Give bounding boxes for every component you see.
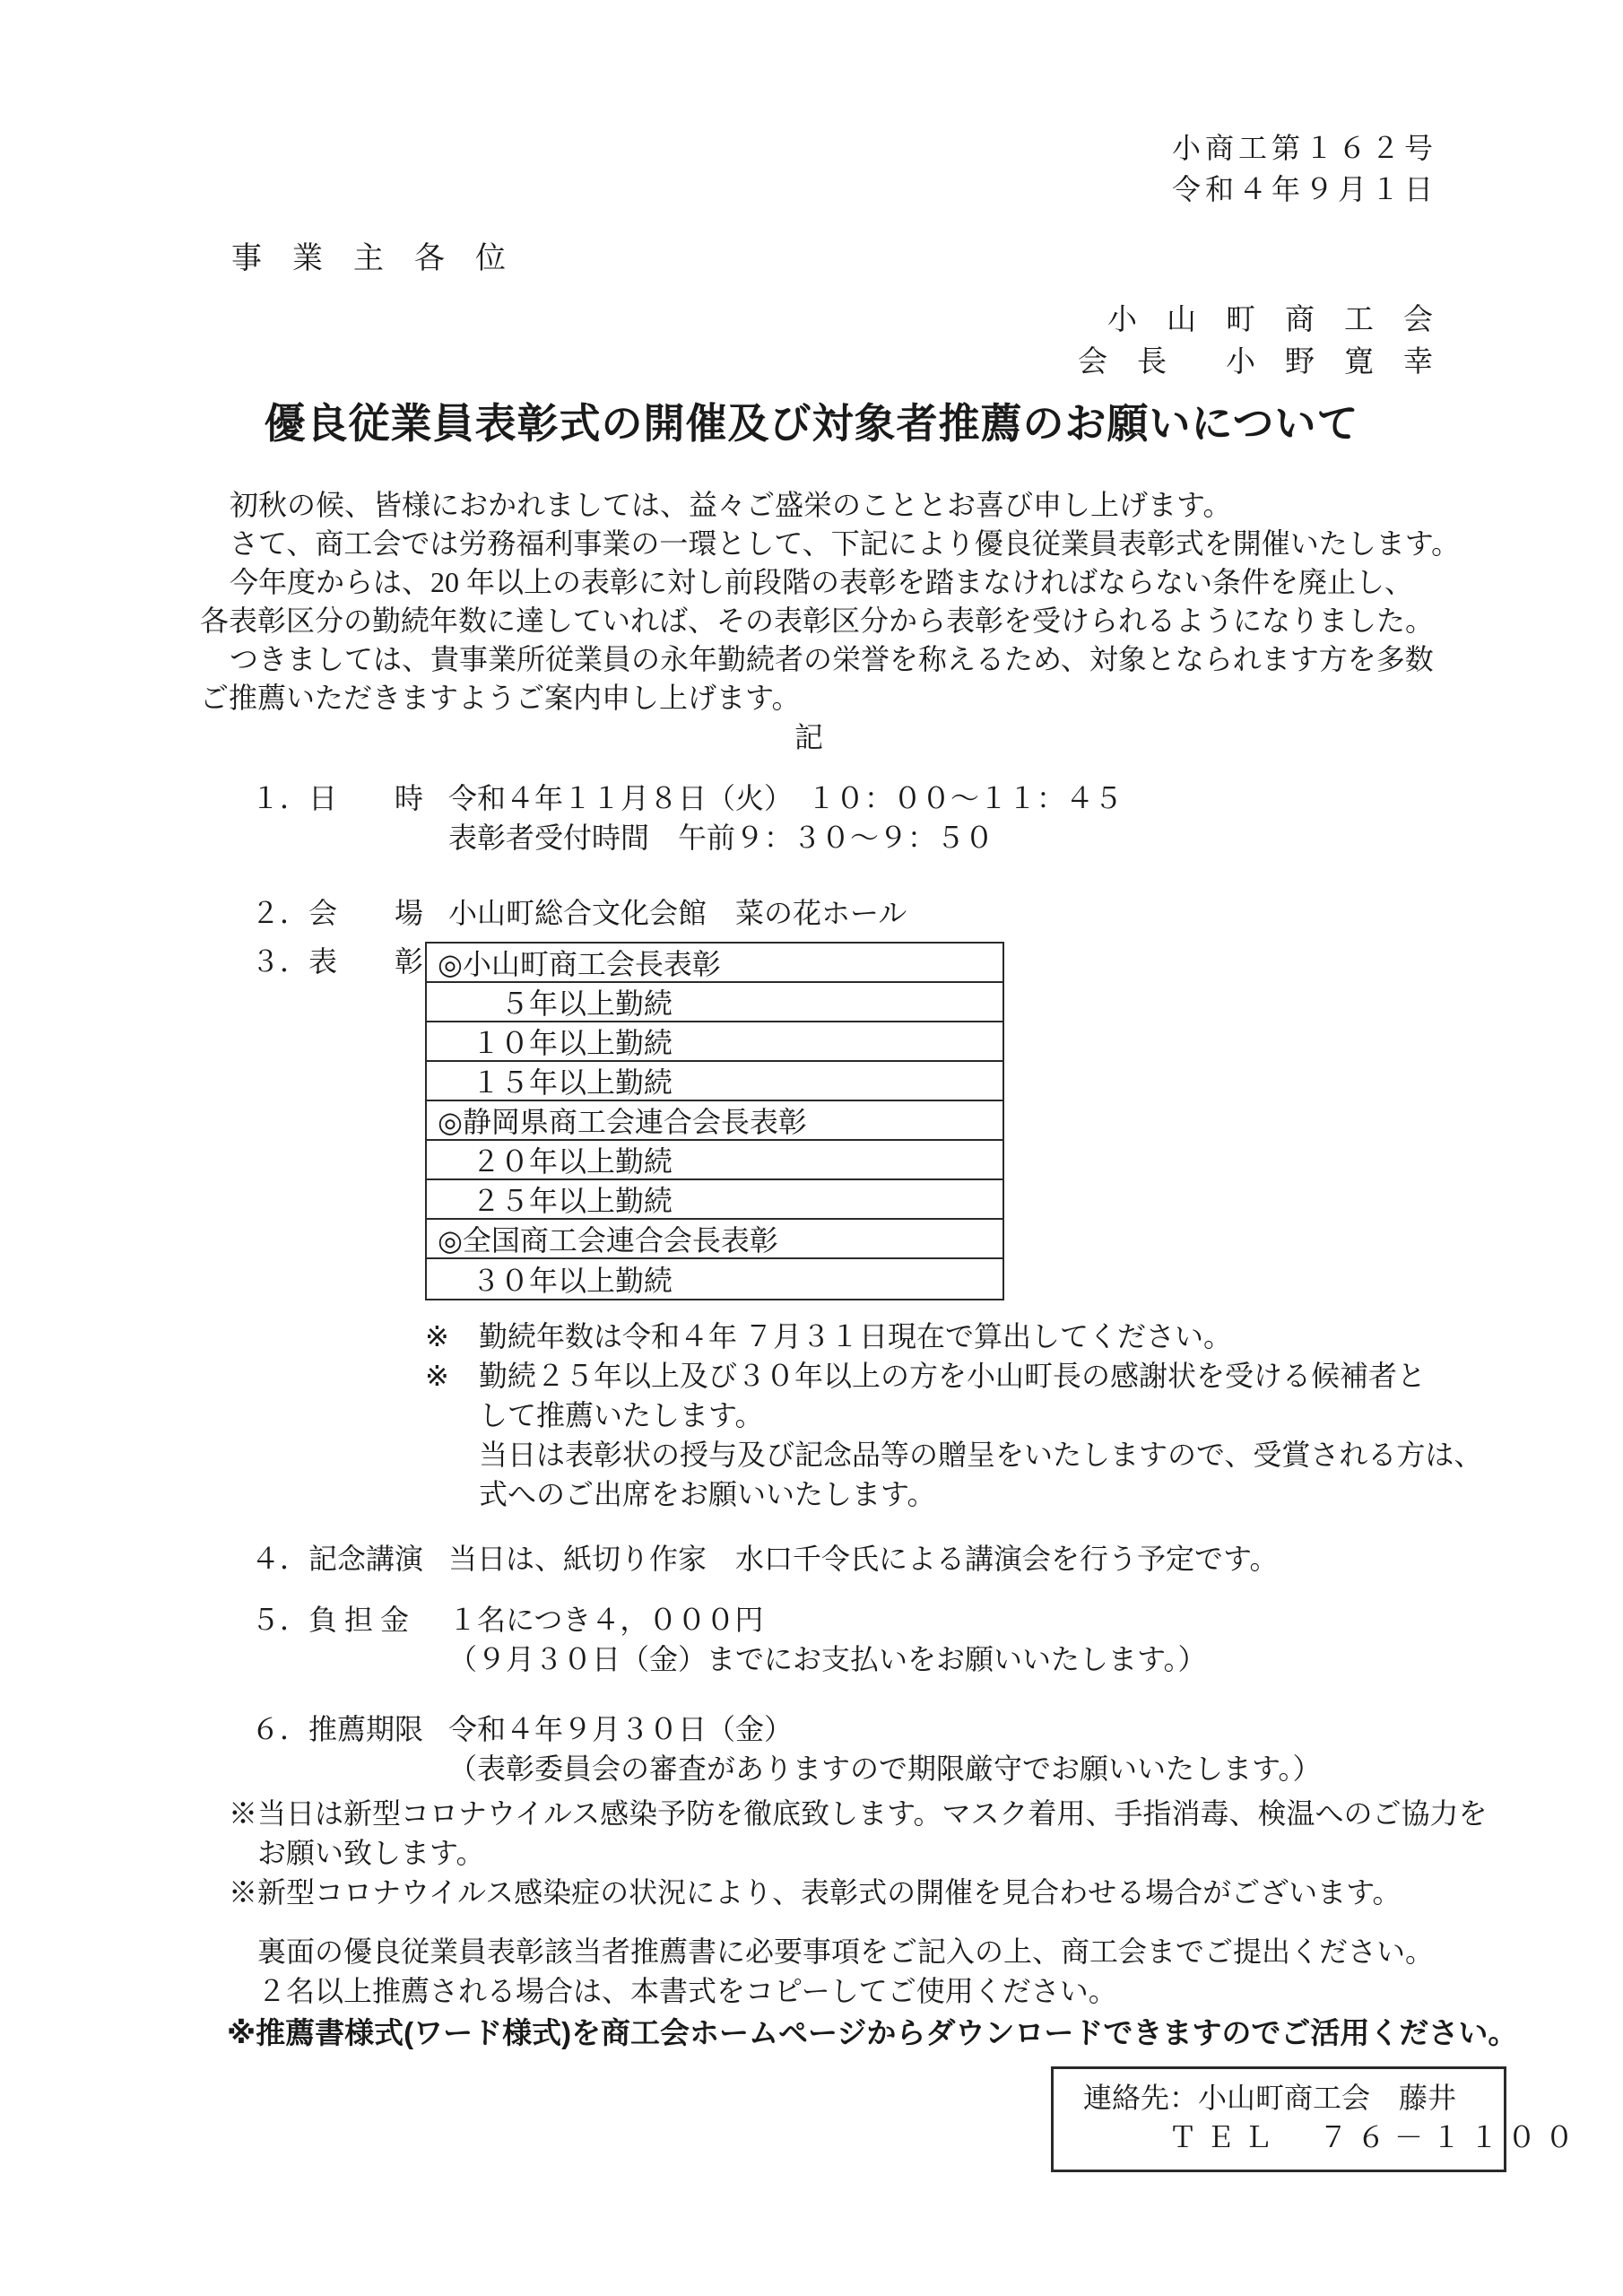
covid-remarks: ※当日は新型コロナウイルス感染予防を徹底致します。マスク着用、手指消毒、検温への… [0, 1794, 1623, 1912]
item-value: 令和４年９月３０日（金） [448, 1709, 793, 1749]
table-row: ◎小山町商工会長表彰 [427, 944, 1002, 983]
table-notes: ※勤続年数は令和４年 ７月３１日現在で算出してください。 ※勤続２５年以上及び３… [0, 1317, 1623, 1514]
download-note: ※推薦書様式(ワード様式)を商工会ホームページからダウンロードできますのでご活用… [227, 2011, 1623, 2056]
item-number: ４． [251, 1543, 308, 1575]
body-line: 初秋の候、皆様におかれましては、益々ご盛栄のこととお喜び申し上げます。 [200, 486, 1488, 525]
table-row: ２０年以上勤続 [427, 1141, 1002, 1180]
item-label: １．日 時 [251, 778, 448, 818]
note-line: 式へのご出席をお願いいたします。 [479, 1474, 1623, 1514]
item-datetime: １．日 時 令和４年１１月８日（火） １０：００～１１：４５ 表彰者受付時間 午… [251, 778, 1623, 857]
item-number: ２． [251, 897, 308, 929]
note-text: 勤続２５年以上及び３０年以上の方を小山町長の感謝状を受ける候補者と [479, 1360, 1426, 1392]
closing-line: ２名以上推薦される場合は、本書式をコピーしてご使用ください。 [257, 1971, 1623, 2011]
item-value: １名につき４，０００円 [448, 1600, 763, 1639]
item-label-text: 日 時 [308, 782, 423, 814]
item-number: ５． [251, 1604, 308, 1636]
item-label: ２．会 場 [251, 893, 448, 933]
table-row: １０年以上勤続 [427, 1022, 1002, 1062]
note-text: 勤続年数は令和４年 ７月３１日現在で算出してください。 [479, 1320, 1232, 1352]
sender-person: 会 長 小 野 寛 幸 [0, 342, 1433, 384]
item-lecture: ４．記念講演 当日は、紙切り作家 水口千令氏による講演会を行う予定です。 [251, 1539, 1623, 1578]
table-row: ３０年以上勤続 [427, 1259, 1002, 1299]
note-marker: ※ [425, 1356, 479, 1396]
remark-line: お願い致します。 [257, 1833, 1623, 1873]
item-label-spacer [251, 1749, 448, 1788]
item-label: ５．負 担 金 [251, 1600, 448, 1639]
item-venue: ２．会 場 小山町総合文化会館 菜の花ホール [251, 893, 1623, 933]
sender-block: 小 山 町 商 工 会 会 長 小 野 寛 幸 [0, 300, 1623, 384]
contact-box: 連絡先：小山町商工会 藤井 ＴＥＬ ７６－１１００ [1051, 2066, 1506, 2172]
sender-org: 小 山 町 商 工 会 [0, 300, 1433, 342]
body-paragraphs: 初秋の候、皆様におかれましては、益々ご盛栄のこととお喜び申し上げます。 さて、商… [200, 486, 1488, 717]
note-line: ※勤続年数は令和４年 ７月３１日現在で算出してください。 [425, 1317, 1623, 1356]
closing-block: 裏面の優良従業員表彰該当者推薦書に必要事項をご記入の上、商工会までご提出ください… [0, 1932, 1623, 2056]
table-row: ２５年以上勤続 [427, 1180, 1002, 1220]
table-row: ◎全国商工会連合会長表彰 [427, 1220, 1002, 1259]
note-line: して推薦いたします。 [479, 1396, 1623, 1435]
contact-tel: ＴＥＬ ７６－１１００ [1168, 2118, 1504, 2157]
item-label: ４．記念講演 [251, 1539, 448, 1578]
item-number: ６． [251, 1713, 308, 1745]
item-value: 小山町総合文化会館 菜の花ホール [448, 893, 907, 933]
body-line: つきましては、貴事業所従業員の永年勤続者の栄誉を称えるため、対象となられます方を… [200, 640, 1488, 679]
item-value: 当日は、紙切り作家 水口千令氏による講演会を行う予定です。 [448, 1539, 1278, 1578]
item-value: 令和４年１１月８日（火） １０：００～１１：４５ [448, 778, 1123, 818]
item-number: １． [251, 782, 308, 814]
item-awards: ３．表 彰 ◎小山町商工会長表彰 ５年以上勤続 １０年以上勤続 １５年以上勤続 … [251, 942, 1623, 1300]
table-row: １５年以上勤続 [427, 1062, 1002, 1101]
page-title: 優良従業員表彰式の開催及び対象者推薦のお願いについて [0, 398, 1623, 448]
item-label-text: 推薦期限 [308, 1713, 423, 1745]
item-label-text: 記念講演 [308, 1543, 423, 1575]
item-label-text: 負 担 金 [308, 1604, 409, 1636]
doc-date: 令和４年９月１日 [0, 169, 1437, 210]
item-value: （９月３０日（金）までにお支払いをお願いいたします。） [448, 1639, 1206, 1679]
recipient: 事 業 主 各 位 [231, 239, 1623, 280]
item-value: 表彰者受付時間 午前９：３０～９：５０ [448, 818, 994, 857]
remark-line: ※当日は新型コロナウイルス感染予防を徹底致します。マスク着用、手指消毒、検温への… [229, 1794, 1623, 1833]
item-label-text: 会 場 [308, 897, 423, 929]
item-value: （表彰委員会の審査がありますので期限厳守でお願いいたします。） [448, 1749, 1321, 1788]
item-fee: ５．負 担 金 １名につき４，０００円 （９月３０日（金）までにお支払いをお願い… [251, 1600, 1623, 1679]
doc-head: 小商工第１６２号 令和４年９月１日 [0, 127, 1623, 210]
body-line: さて、商工会では労務福利事業の一環として、下記により優良従業員表彰式を開催いたし… [200, 525, 1488, 563]
table-row: ◎静岡県商工会連合会長表彰 [427, 1101, 1002, 1141]
item-label: ６．推薦期限 [251, 1709, 448, 1749]
body-line: ご推薦いただきますようご案内申し上げます。 [200, 679, 1488, 717]
note-line: ※勤続２５年以上及び３０年以上の方を小山町長の感謝状を受ける候補者と [425, 1356, 1623, 1396]
item-label: ３．表 彰 [251, 942, 425, 1300]
item-label-spacer [251, 818, 448, 857]
item-number: ３． [251, 945, 308, 978]
remark-line: ※新型コロナウイルス感染症の状況により、表彰式の開催を見合わせる場合がございます… [229, 1873, 1623, 1912]
note-marker: ※ [425, 1317, 479, 1356]
document-page: 小商工第１６２号 令和４年９月１日 事 業 主 各 位 小 山 町 商 工 会 … [0, 0, 1623, 2296]
note-line: 当日は表彰状の授与及び記念品等の贈呈をいたしますので、受賞される方は、 [479, 1435, 1623, 1474]
body-line: 各表彰区分の勤続年数に達していれば、その表彰区分から表彰を受けられるようになりま… [200, 602, 1488, 640]
body-line: 今年度からは、20 年以上の表彰に対し前段階の表彰を踏まなければならない条件を廃… [200, 563, 1488, 602]
contact-name: 連絡先：小山町商工会 藤井 [1083, 2078, 1504, 2118]
item-label-spacer [251, 1639, 448, 1679]
table-row: ５年以上勤続 [427, 983, 1002, 1022]
item-label-text: 表 彰 [308, 945, 423, 978]
closing-line: 裏面の優良従業員表彰該当者推薦書に必要事項をご記入の上、商工会までご提出ください… [257, 1932, 1623, 1971]
item-deadline: ６．推薦期限 令和４年９月３０日（金） （表彰委員会の審査がありますので期限厳守… [251, 1709, 1623, 1788]
award-table: ◎小山町商工会長表彰 ５年以上勤続 １０年以上勤続 １５年以上勤続 ◎静岡県商工… [425, 942, 1004, 1300]
doc-number: 小商工第１６２号 [0, 127, 1437, 169]
record-marker: 記 [0, 717, 1623, 757]
